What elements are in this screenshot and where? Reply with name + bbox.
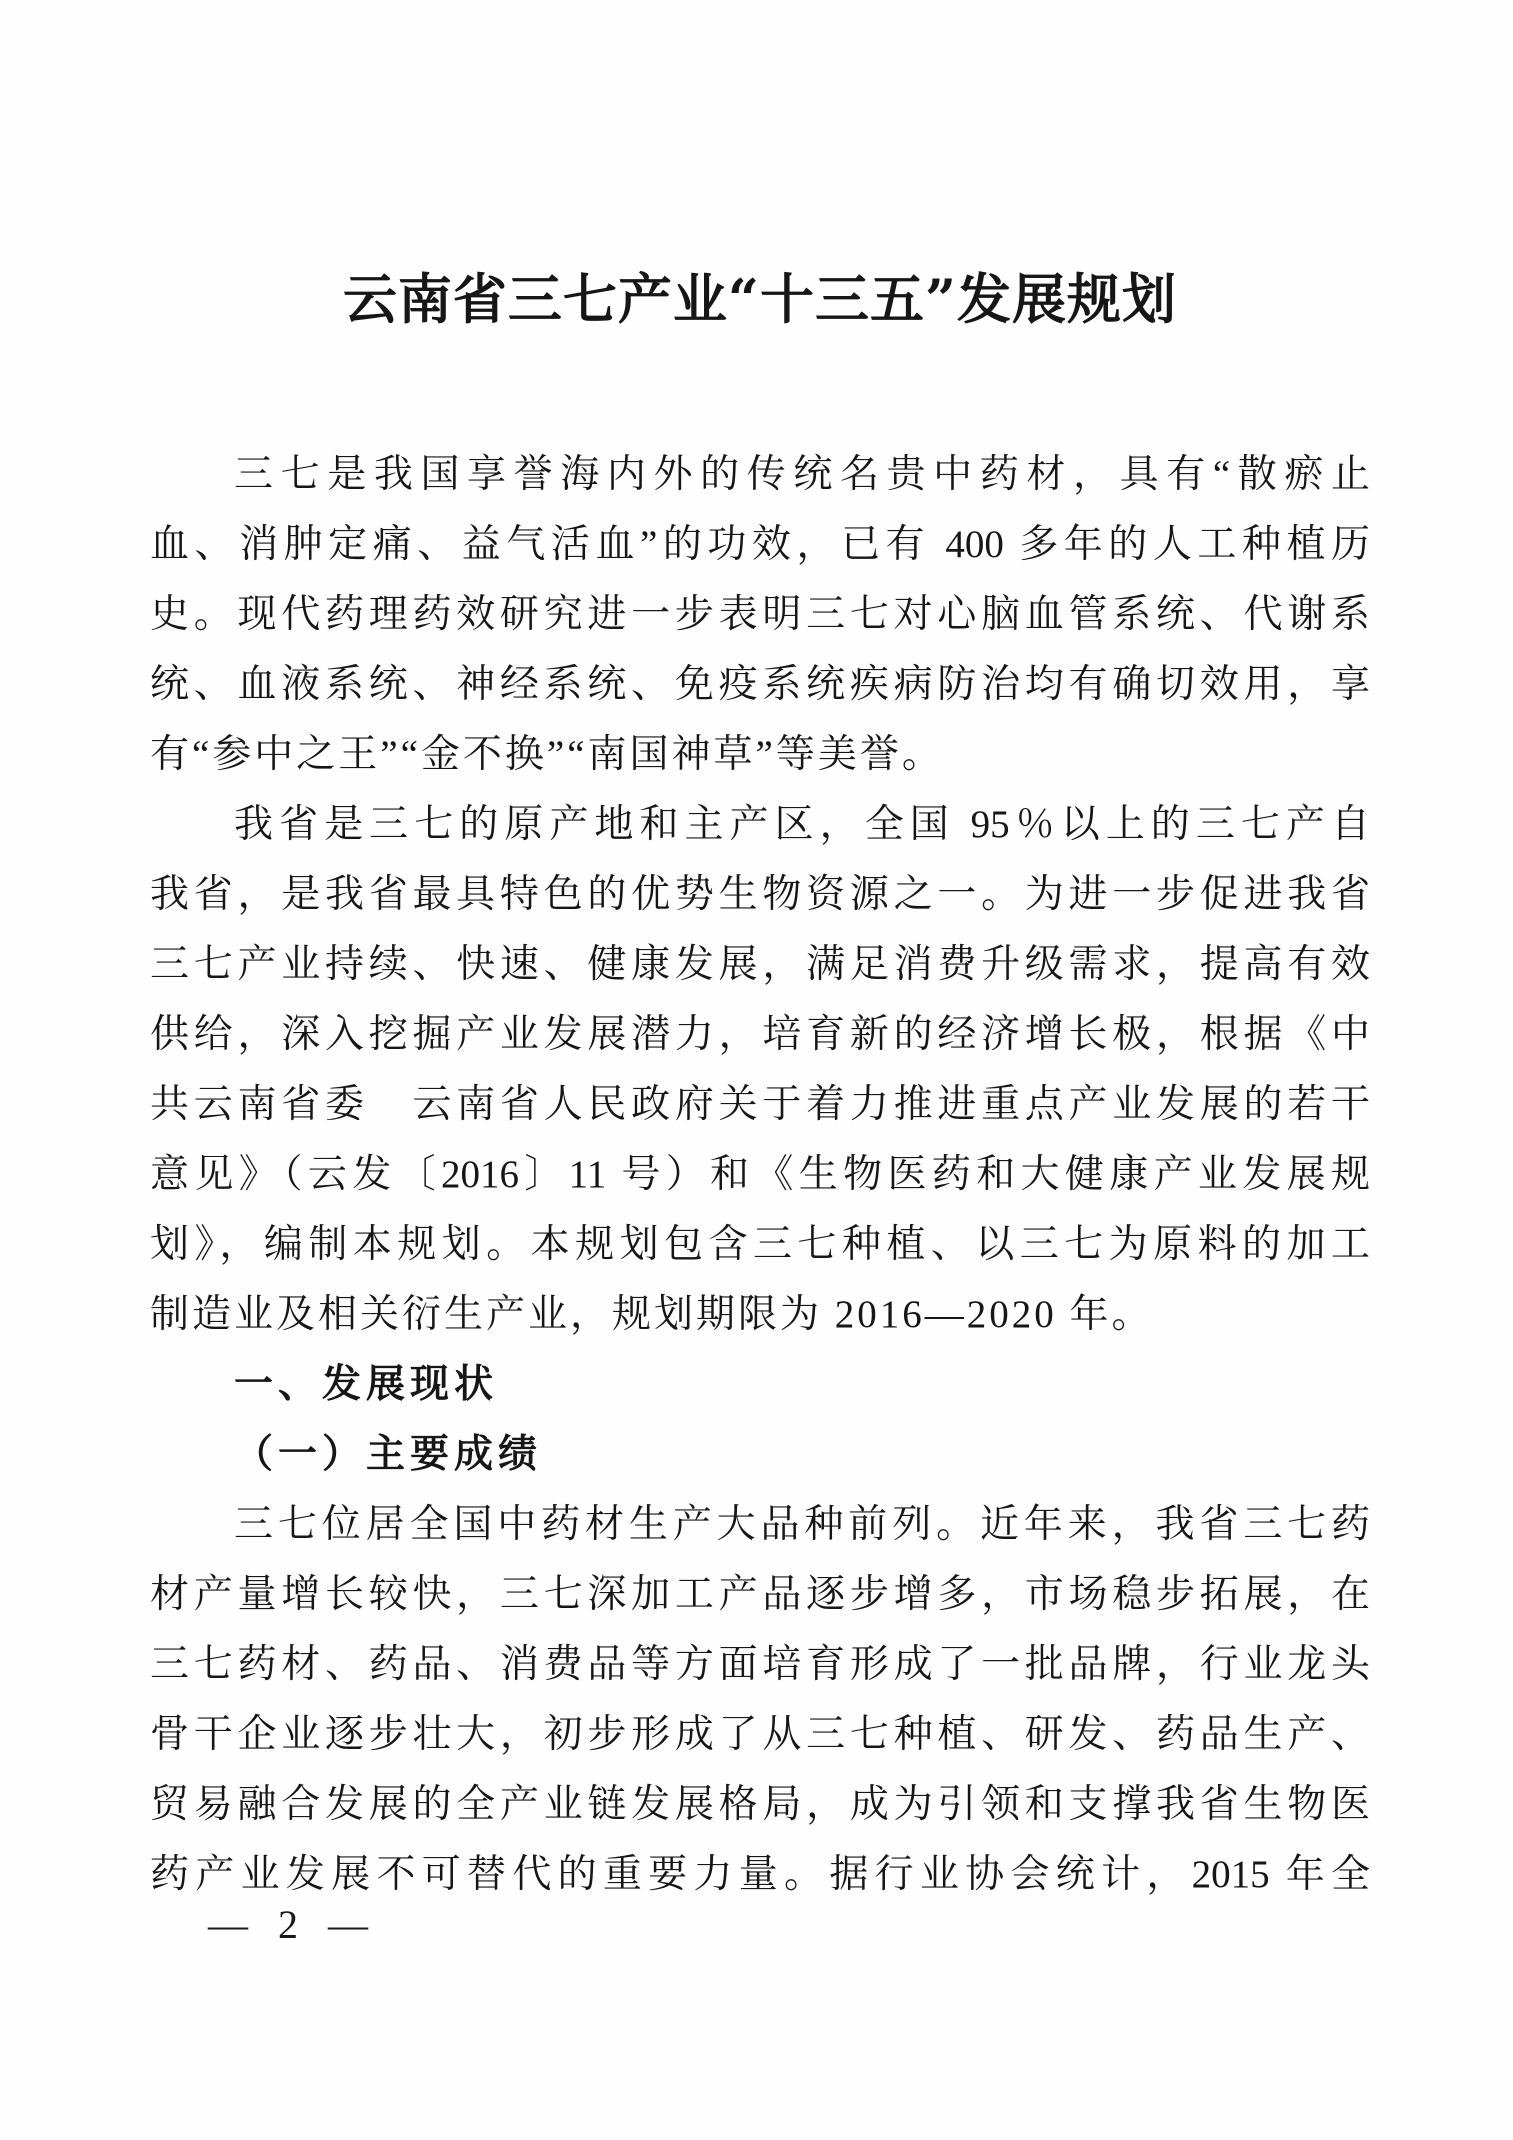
text-line: 供给，深入挖掘产业发展潜力，培育新的经济增长极，根据《中 [150,1000,1370,1070]
document-title: 云南省三七产业“十三五”发展规划 [150,267,1370,331]
text-line: 药产业发展不可替代的重要力量。据行业协会统计，2015 年全 [150,1840,1370,1910]
text-line: 制造业及相关衍生产业，规划期限为 2016—2020 年。 [150,1280,1370,1350]
text-line: 三七是我国享誉海内外的传统名贵中药材，具有“散瘀止 [150,440,1370,510]
text-line: 材产量增长较快，三七深加工产品逐步增多，市场稳步拓展，在 [150,1560,1370,1630]
text-line: 共云南省委 云南省人民政府关于着力推进重点产业发展的若干 [150,1070,1370,1140]
text-line: 三七药材、药品、消费品等方面培育形成了一批品牌，行业龙头 [150,1630,1370,1700]
text-line: 史。现代药理药效研究进一步表明三七对心脑血管系统、代谢系 [150,580,1370,650]
text-line: 血、消肿定痛、益气活血”的功效，已有 400 多年的人工种植历 [150,510,1370,580]
paragraph-2: 我省是三七的原产地和主产区，全国 95％以上的三七产自 我省，是我省最具特色的优… [150,790,1370,1350]
page-number: — 2 — [208,1901,378,1949]
text-line: 我省是三七的原产地和主产区，全国 95％以上的三七产自 [150,790,1370,860]
subsection-heading: （一）主要成绩 [150,1420,1370,1490]
document-page: 云南省三七产业“十三五”发展规划 三七是我国享誉海内外的传统名贵中药材，具有“散… [0,0,1513,2140]
paragraph-3: 三七位居全国中药材生产大品种前列。近年来，我省三七药 材产量增长较快，三七深加工… [150,1490,1370,1910]
text-line: 意见》（云发〔2016〕11 号）和《生物医药和大健康产业发展规 [150,1140,1370,1210]
text-line: 划》，编制本规划。本规划包含三七种植、以三七为原料的加工 [150,1210,1370,1280]
paragraph-1: 三七是我国享誉海内外的传统名贵中药材，具有“散瘀止 血、消肿定痛、益气活血”的功… [150,440,1370,790]
text-line: 骨干企业逐步壮大，初步形成了从三七种植、研发、药品生产、 [150,1700,1370,1770]
text-line: 三七位居全国中药材生产大品种前列。近年来，我省三七药 [150,1490,1370,1560]
text-line: 有“参中之王”“金不换”“南国神草”等美誉。 [150,720,1370,790]
text-line: 三七产业持续、快速、健康发展，满足消费升级需求，提高有效 [150,930,1370,1000]
section-heading: 一、发展现状 [150,1350,1370,1420]
document-content: 云南省三七产业“十三五”发展规划 三七是我国享誉海内外的传统名贵中药材，具有“散… [150,0,1370,1910]
text-line: 我省，是我省最具特色的优势生物资源之一。为进一步促进我省 [150,860,1370,930]
text-line: 统、血液系统、神经系统、免疫系统疾病防治均有确切效用，享 [150,650,1370,720]
text-line: 贸易融合发展的全产业链发展格局，成为引领和支撑我省生物医 [150,1770,1370,1840]
